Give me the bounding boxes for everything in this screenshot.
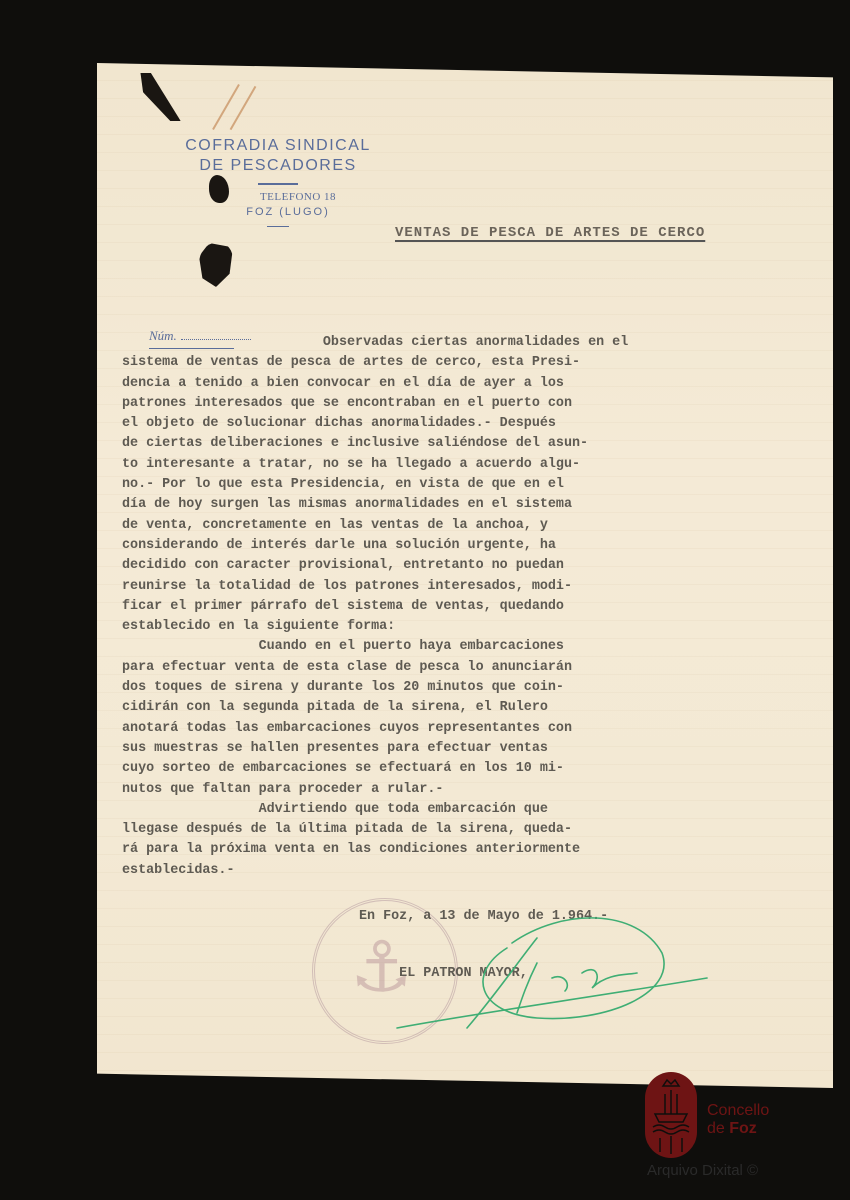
watermark-line1: Concello [707,1102,769,1120]
watermark-line2-bold: Foz [729,1120,757,1137]
paper-tear [135,73,180,121]
concello-de-foz-text: Concello de Foz [707,1102,769,1138]
letterhead-org-line2: DE PESCADORES [153,157,403,175]
body-line: establecido en la siguiente forma: [122,617,822,637]
body-line: cuyo sorteo de embarcaciones se efectuar… [122,759,822,779]
letterhead-org-line1: COFRADIA SINDICAL [153,137,403,155]
document-page: COFRADIA SINDICAL DE PESCADORES TELEFONO… [97,63,833,1088]
body-line: anotará todas las embarcaciones cuyos re… [122,719,822,739]
handwritten-signature [387,903,717,1033]
body-line: nutos que faltan para proceder a rular.- [122,780,822,800]
body-line: ficar el primer párrafo del sistema de v… [122,597,822,617]
body-line: el objeto de solucionar dichas anormalid… [122,414,822,434]
coat-of-arms-icon [645,1072,697,1158]
body-line: Advirtiendo que toda embarcación que [122,800,822,820]
body-line: rá para la próxima venta en las condicio… [122,840,822,860]
body-line: llegase después de la última pitada de l… [122,820,822,840]
letterhead: COFRADIA SINDICAL DE PESCADORES TELEFONO… [153,137,403,227]
body-line: Cuando en el puerto haya embarcaciones [122,637,822,657]
body-line: sistema de ventas de pesca de artes de c… [122,353,822,373]
watermark-line2: de Foz [707,1120,769,1138]
body-line: cidirán con la segunda pitada de la sire… [122,698,822,718]
body-line: de ciertas deliberaciones e inclusive sa… [122,434,822,454]
paper-crease [212,84,240,130]
concello-de-foz-watermark: Concello de Foz Arquivo Dixital © [645,1070,845,1190]
body-line: Observadas ciertas anormalidades en el [122,333,822,353]
document-title: VENTAS DE PESCA DE ARTES DE CERCO [395,225,705,241]
body-line: sus muestras se hallen presentes para ef… [122,739,822,759]
letterhead-divider [267,226,289,227]
body-line: patrones interesados que se encontraban … [122,394,822,414]
body-line: to interesante a tratar, no se ha llegad… [122,455,822,475]
body-line: considerando de interés darle una soluci… [122,536,822,556]
body-line: no.- Por lo que esta Presidencia, en vis… [122,475,822,495]
body-line: dos toques de sirena y durante los 20 mi… [122,678,822,698]
body-line: día de hoy surgen las mismas anormalidad… [122,495,822,515]
body-line: decidido con caracter provisional, entre… [122,556,822,576]
watermark-line2-prefix: de [707,1120,729,1137]
body-line: dencia a tenido a bien convocar en el dí… [122,374,822,394]
arquivo-dixital-label: Arquivo Dixital © [647,1162,758,1179]
body-line: para efectuar venta de esta clase de pes… [122,658,822,678]
letterhead-phone: TELEFONO 18 [193,191,403,203]
paper-tear [199,243,233,287]
body-line: de venta, concretamente en las ventas de… [122,516,822,536]
letterhead-city: FOZ (LUGO) [173,206,403,218]
letterhead-divider [258,183,298,185]
document-body: Observadas ciertas anormalidades en elsi… [122,333,822,881]
body-line: reunirse la totalidad de los patrones in… [122,577,822,597]
